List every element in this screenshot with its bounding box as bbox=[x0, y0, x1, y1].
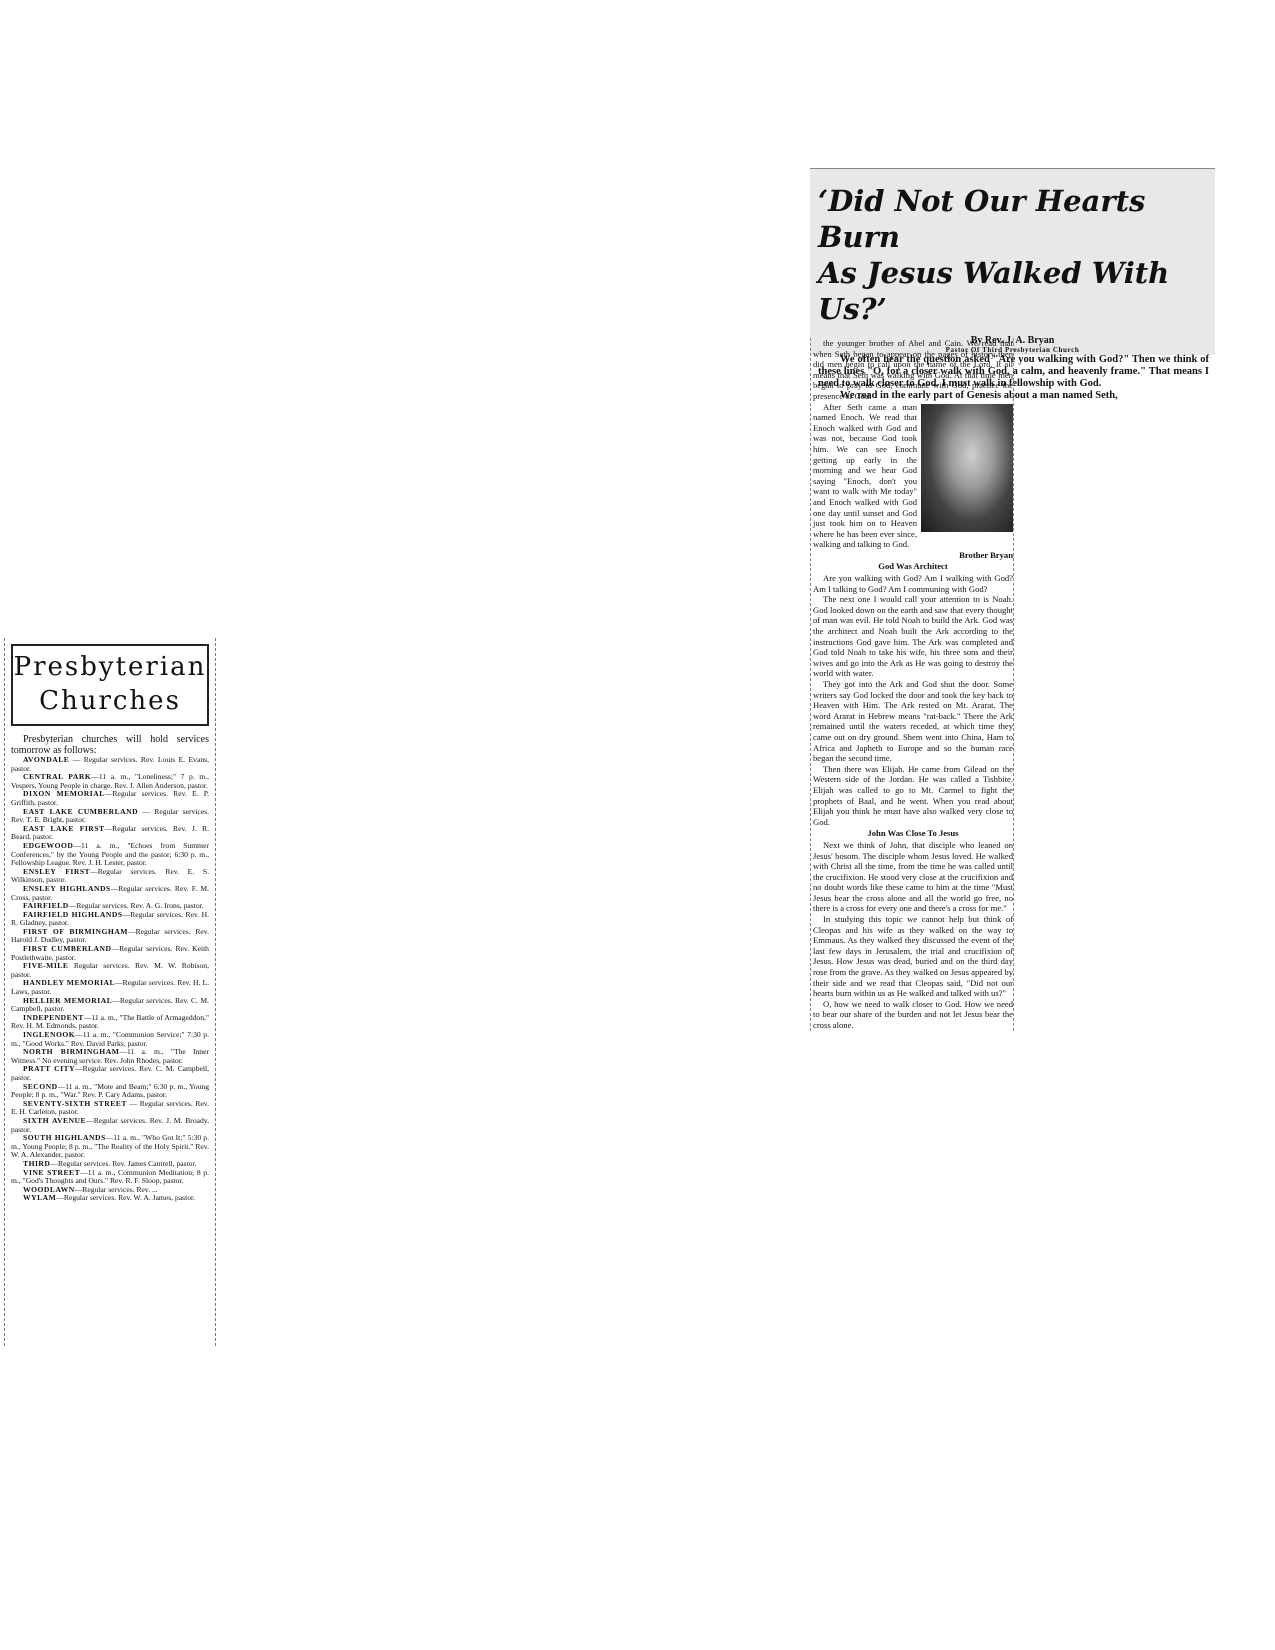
body-paragraph: They got into the Ark and God shut the d… bbox=[813, 679, 1013, 764]
subhead-architect: God Was Architect bbox=[813, 561, 1013, 572]
church-listings: Presbyterian churches will hold services… bbox=[5, 734, 215, 1203]
body-paragraph: Are you walking with God? Am I walking w… bbox=[813, 573, 1013, 594]
church-entry: FAIRFIELD HIGHLANDS—Regular services. Re… bbox=[11, 911, 209, 928]
presbyterian-churches-column: Presbyterian Churches Presbyterian churc… bbox=[4, 638, 216, 1346]
church-entry: HELLIER MEMORIAL—Regular services. Rev. … bbox=[11, 997, 209, 1014]
church-entries: AVONDALE — Regular services. Rev. Louis … bbox=[11, 756, 209, 1203]
church-entry: WYLAM—Regular services. Rev. W. A. James… bbox=[11, 1194, 209, 1203]
church-entry: SEVENTY-SIXTH STREET — Regular services.… bbox=[11, 1100, 209, 1117]
church-entry: EAST LAKE CUMBERLAND — Regular services.… bbox=[11, 808, 209, 825]
church-entry: FIRST OF BIRMINGHAM—Regular services. Re… bbox=[11, 928, 209, 945]
church-entry: SOUTH HIGHLANDS—11 a. m., "Who Got It;" … bbox=[11, 1134, 209, 1160]
article-body-column: the younger brother of Abel and Cain. We… bbox=[810, 338, 1014, 1031]
church-name: WYLAM bbox=[23, 1193, 56, 1202]
section-architect: Are you walking with God? Am I walking w… bbox=[813, 573, 1013, 827]
church-entry: FIVE-MILE Regular services. Rev. M. W. R… bbox=[11, 962, 209, 979]
headline-line1: ‘Did Not Our Hearts Burn bbox=[818, 183, 1215, 255]
listings-lead: Presbyterian churches will hold services… bbox=[11, 734, 209, 756]
church-entry: AVONDALE — Regular services. Rev. Louis … bbox=[11, 756, 209, 773]
column-title-line1: Presbyterian bbox=[13, 650, 207, 684]
church-entry: EDGEWOOD—11 a. m., "Echoes from Summer C… bbox=[11, 842, 209, 868]
church-entry: PRATT CITY—Regular services. Rev. C. M. … bbox=[11, 1065, 209, 1082]
church-entry: NORTH BIRMINGHAM—11 a. m., "The Inner Wi… bbox=[11, 1048, 209, 1065]
church-entry: SIXTH AVENUE—Regular services. Rev. J. M… bbox=[11, 1117, 209, 1134]
headline-block: ‘Did Not Our Hearts Burn As Jesus Walked… bbox=[810, 168, 1215, 355]
church-name: SIXTH AVENUE bbox=[23, 1116, 86, 1125]
church-entry: SECOND—11 a. m., "Mote and Beam;" 6:30 p… bbox=[11, 1083, 209, 1100]
section-john: Next we think of John, that disciple who… bbox=[813, 840, 1013, 1031]
photo-caption: Brother Bryan bbox=[813, 550, 1013, 561]
church-details: —Regular services. Rev. W. A. James, pas… bbox=[56, 1193, 195, 1202]
body-paragraph: the younger brother of Abel and Cain. We… bbox=[813, 338, 1013, 402]
column-title-line2: Churches bbox=[13, 684, 207, 718]
church-entry: ENSLEY HIGHLANDS—Regular services. Rev. … bbox=[11, 885, 209, 902]
church-entry: CENTRAL PARK—11 a. m., "Loneliness;" 7 p… bbox=[11, 773, 209, 790]
church-entry: INGLENOOK—11 a. m., "Communion Service;"… bbox=[11, 1031, 209, 1048]
portrait-photo bbox=[921, 404, 1013, 532]
subhead-john: John Was Close To Jesus bbox=[813, 828, 1013, 839]
body-paragraph: Then there was Elijah. He came from Gile… bbox=[813, 764, 1013, 828]
church-entry: ENSLEY FIRST—Regular services. Rev. E. S… bbox=[11, 868, 209, 885]
headline-line2: As Jesus Walked With Us?’ bbox=[818, 255, 1215, 327]
headline: ‘Did Not Our Hearts Burn As Jesus Walked… bbox=[818, 183, 1215, 327]
church-entry: FIRST CUMBERLAND—Regular services. Rev. … bbox=[11, 945, 209, 962]
church-entry: VINE STREET—11 a. m., Communion Meditati… bbox=[11, 1169, 209, 1186]
church-entry: HANDLEY MEMORIAL—Regular services. Rev. … bbox=[11, 979, 209, 996]
church-entry: INDEPENDENT—11 a. m., "The Battle of Arm… bbox=[11, 1014, 209, 1031]
church-entry: EAST LAKE FIRST—Regular services. Rev. J… bbox=[11, 825, 209, 842]
column-title-box: Presbyterian Churches bbox=[11, 644, 209, 726]
body-paragraph: In studying this topic we cannot help bu… bbox=[813, 914, 1013, 999]
body-paragraph: The next one I would call your attention… bbox=[813, 594, 1013, 679]
church-entry: DIXON MEMORIAL—Regular services. Rev. E.… bbox=[11, 790, 209, 807]
body-paragraph: O, how we need to walk closer to God. Ho… bbox=[813, 999, 1013, 1031]
bryan-article: ‘Did Not Our Hearts Burn As Jesus Walked… bbox=[810, 168, 1215, 1400]
body-paragraph: Next we think of John, that disciple who… bbox=[813, 840, 1013, 914]
